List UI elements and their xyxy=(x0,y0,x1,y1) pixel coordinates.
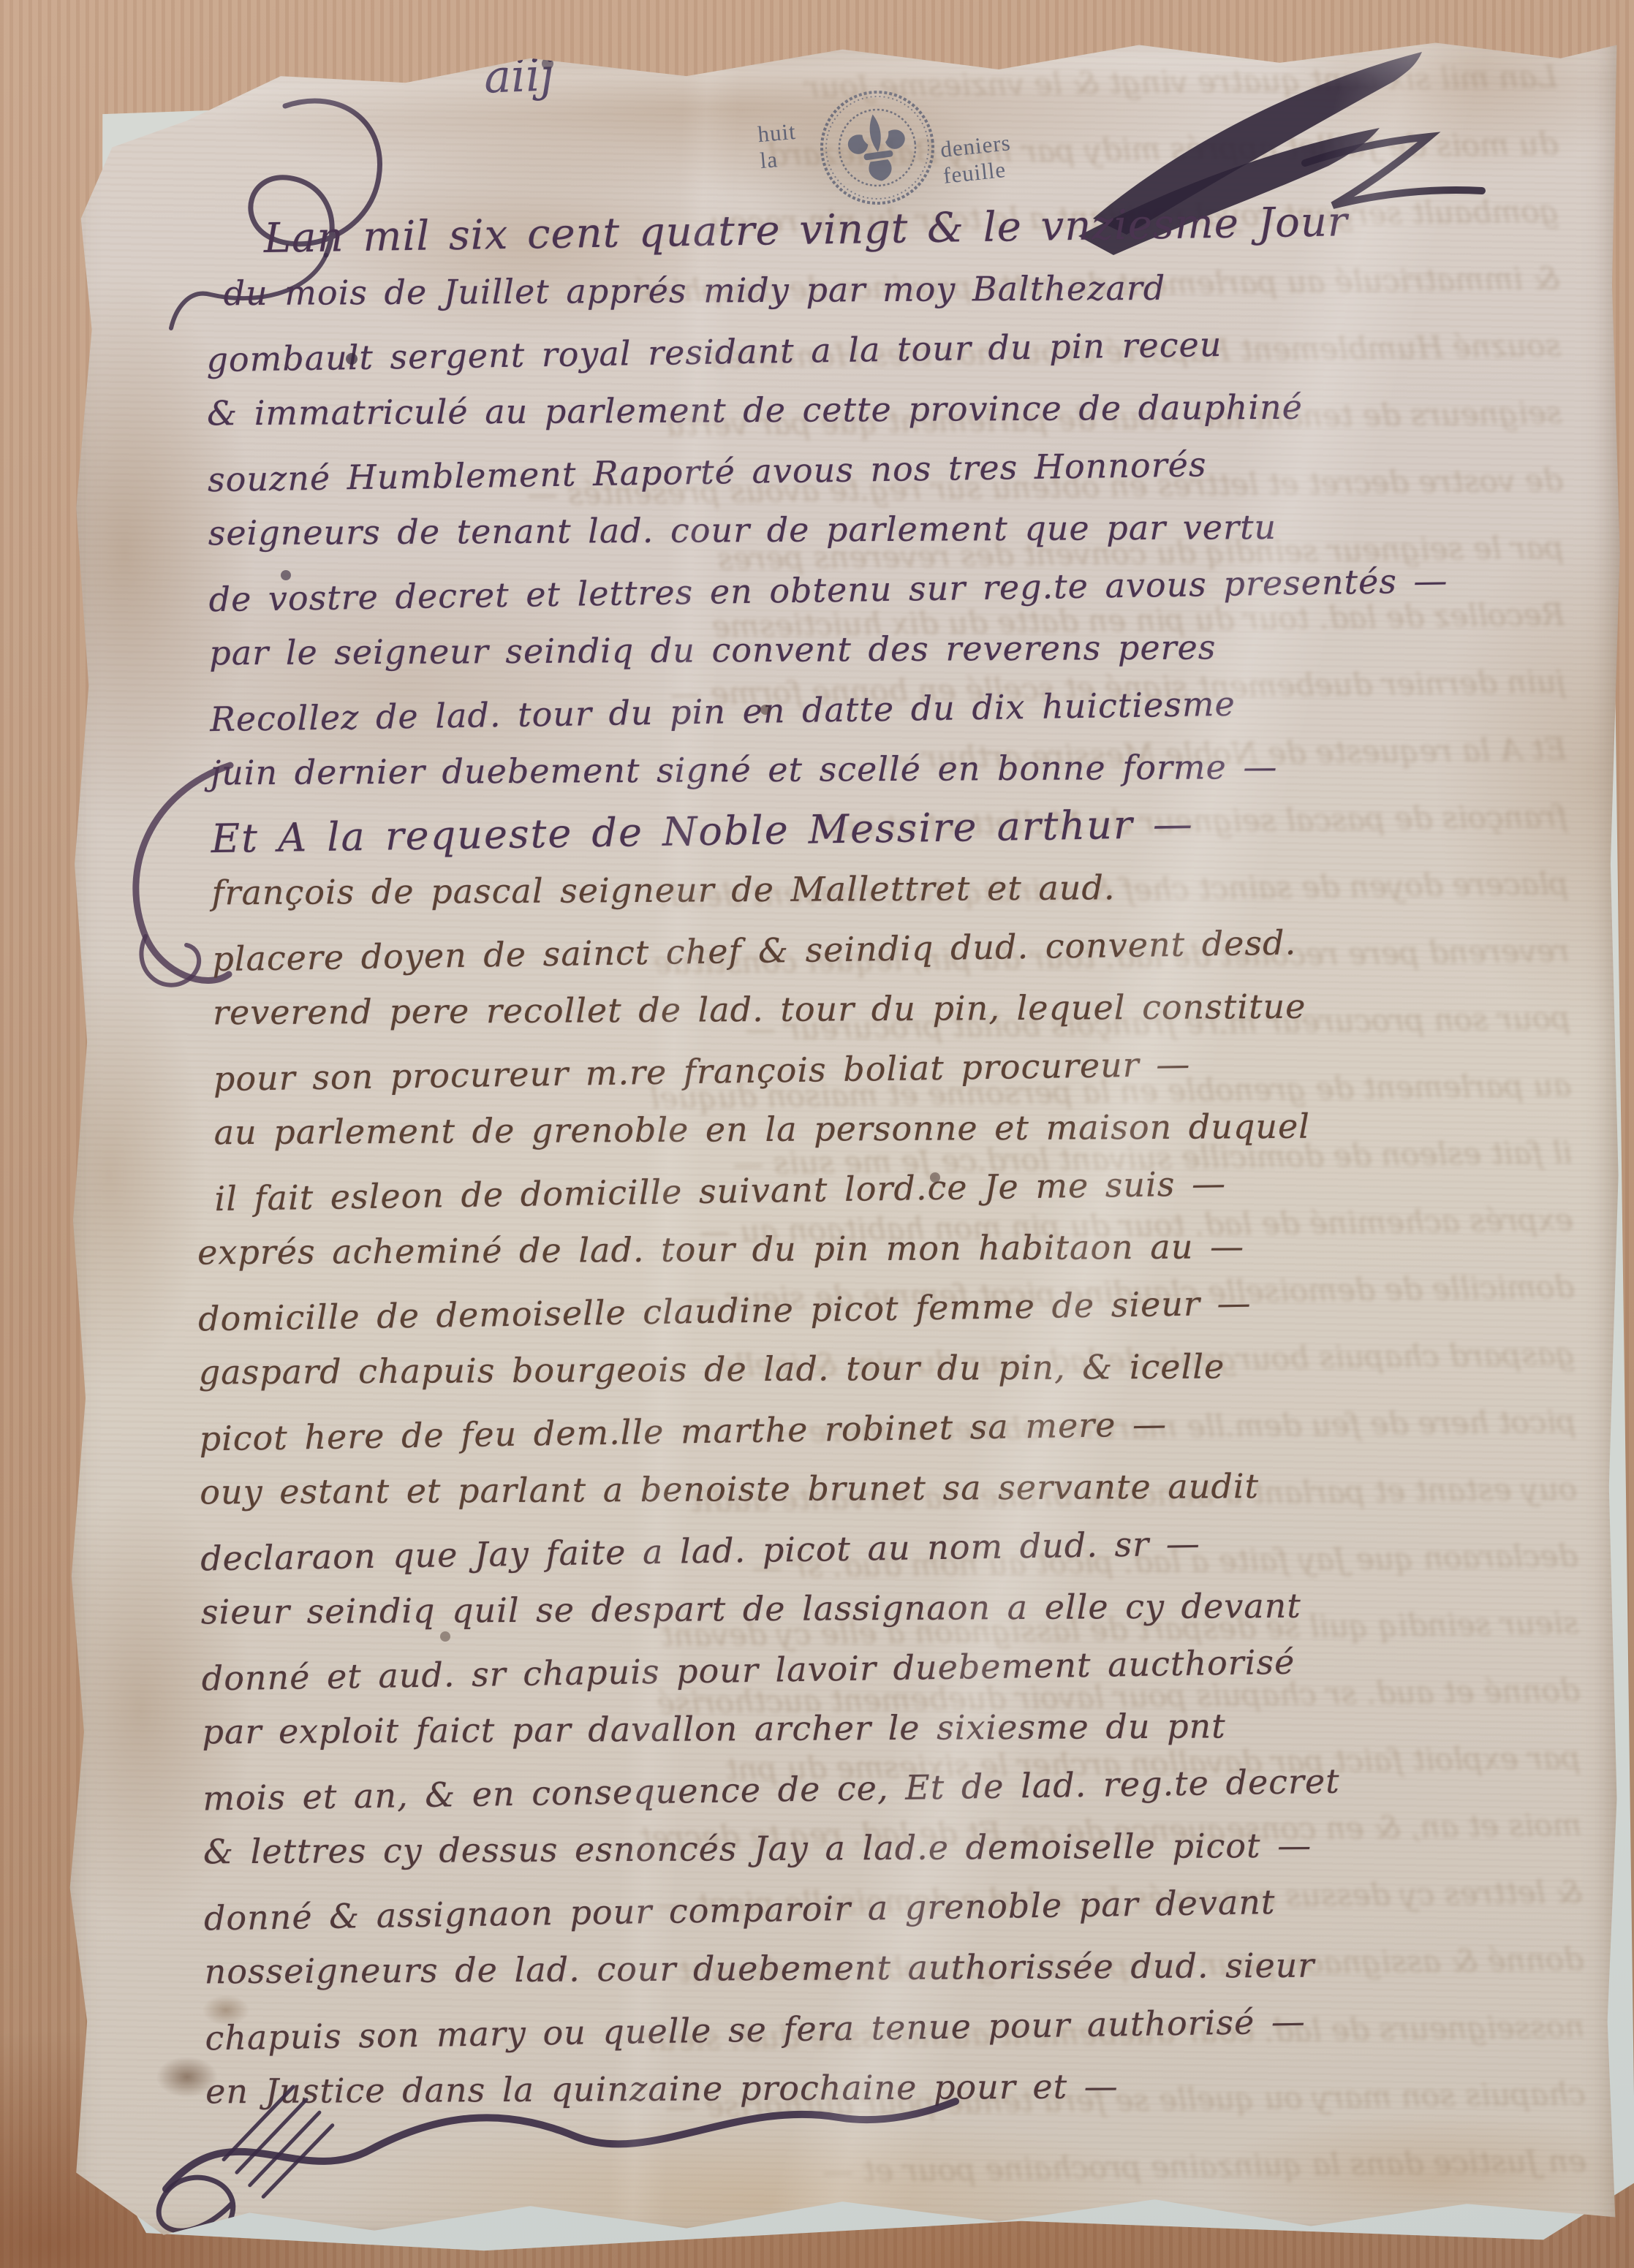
stamp-right-text: deniers feuille xyxy=(939,129,1015,189)
manuscript-line: en Justice dans la quinzaine prochaine p… xyxy=(195,2053,1599,2121)
fleur-de-lis-stamp-icon xyxy=(809,80,945,215)
stamp-left-line1: huit xyxy=(757,118,797,148)
manuscript-line: en Justice dans la quinzaine prochaine p… xyxy=(116,2128,1586,2215)
photo-backdrop: Lan mil six cent quatre vingt & le vnzie… xyxy=(0,0,1634,2268)
folio-mark: aiij xyxy=(431,46,608,105)
stamp-left-line2: la xyxy=(759,145,799,174)
manuscript-page: Lan mil six cent quatre vingt & le vnzie… xyxy=(62,18,1623,2244)
manuscript-text: Lan mil six cent quatre vingt & le vnzie… xyxy=(177,193,1599,2124)
ink-spots xyxy=(62,18,68,24)
stamp-left-text: huit la xyxy=(757,118,799,174)
